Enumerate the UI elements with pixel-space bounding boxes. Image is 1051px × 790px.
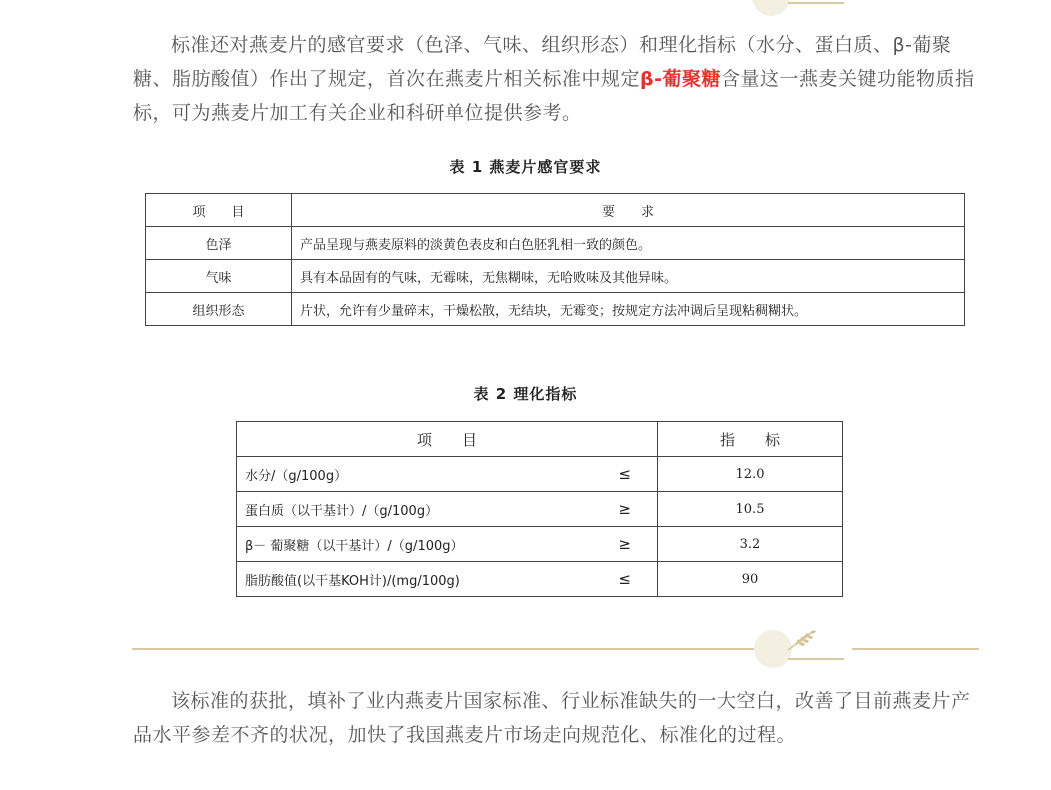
wheat-icon bbox=[786, 628, 820, 654]
top-divider-line bbox=[788, 2, 844, 4]
row-item: β－ 葡聚糖（以干基计）/（g/100g）≥ bbox=[237, 527, 658, 562]
row-item: 蛋白质（以干基计）/（g/100g）≥ bbox=[237, 492, 658, 527]
table2-caption: 表 2 理化指标 bbox=[0, 383, 1051, 404]
item-label: 水分/（g/100g） bbox=[245, 469, 347, 484]
table-row: β－ 葡聚糖（以干基计）/（g/100g）≥ 3.2 bbox=[237, 527, 843, 562]
row-item: 水分/（g/100g）≤ bbox=[237, 457, 658, 492]
relation-symbol: ≥ bbox=[618, 535, 631, 553]
table-row: 组织形态 片状，允许有少量碎末，干燥松散，无结块，无霉变；按规定方法冲调后呈现粘… bbox=[146, 293, 965, 326]
header-item: 项 目 bbox=[146, 194, 292, 227]
header-requirement: 要 求 bbox=[292, 194, 965, 227]
highlight-beta-glucan: β-葡聚糖 bbox=[640, 68, 721, 90]
table-row: 水分/（g/100g）≤ 12.0 bbox=[237, 457, 843, 492]
item-label: 脂肪酸值(以干基KOH计)/(mg/100g) bbox=[245, 574, 460, 589]
table-header-row: 项 目 指 标 bbox=[237, 422, 843, 457]
relation-symbol: ≥ bbox=[618, 500, 631, 518]
row-item: 色泽 bbox=[146, 227, 292, 260]
header-item: 项 目 bbox=[237, 422, 658, 457]
sensory-requirements-table: 项 目 要 求 色泽 产品呈现与燕麦原料的淡黄色表皮和白色胚乳相一致的颜色。 气… bbox=[145, 193, 965, 326]
relation-symbol: ≤ bbox=[618, 465, 631, 483]
table-row: 蛋白质（以干基计）/（g/100g）≥ 10.5 bbox=[237, 492, 843, 527]
header-indicator: 指 标 bbox=[658, 422, 843, 457]
table-row: 脂肪酸值(以干基KOH计)/(mg/100g)≤ 90 bbox=[237, 562, 843, 597]
row-value: 3.2 bbox=[658, 527, 843, 562]
row-requirement: 具有本品固有的气味，无霉味，无焦糊味，无哈败味及其他异味。 bbox=[292, 260, 965, 293]
row-item: 气味 bbox=[146, 260, 292, 293]
section-divider-left bbox=[132, 648, 760, 650]
section-divider-underline bbox=[788, 658, 844, 660]
section-divider-right bbox=[852, 648, 979, 650]
row-value: 90 bbox=[658, 562, 843, 597]
paragraph-approval-impact: 该标准的获批，填补了业内燕麦片国家标准、行业标准缺失的一大空白，改善了目前燕麦片… bbox=[133, 684, 979, 752]
item-label: β－ 葡聚糖（以干基计）/（g/100g） bbox=[245, 539, 464, 554]
item-label: 蛋白质（以干基计）/（g/100g） bbox=[245, 504, 438, 519]
row-requirement: 产品呈现与燕麦原料的淡黄色表皮和白色胚乳相一致的颜色。 bbox=[292, 227, 965, 260]
top-divider-circle bbox=[752, 0, 790, 16]
table-row: 气味 具有本品固有的气味，无霉味，无焦糊味，无哈败味及其他异味。 bbox=[146, 260, 965, 293]
physicochemical-indicators-table: 项 目 指 标 水分/（g/100g）≤ 12.0 蛋白质（以干基计）/（g/1… bbox=[236, 421, 843, 597]
table-row: 色泽 产品呈现与燕麦原料的淡黄色表皮和白色胚乳相一致的颜色。 bbox=[146, 227, 965, 260]
relation-symbol: ≤ bbox=[618, 570, 631, 588]
row-requirement: 片状，允许有少量碎末，干燥松散，无结块，无霉变；按规定方法冲调后呈现粘稠糊状。 bbox=[292, 293, 965, 326]
row-item: 组织形态 bbox=[146, 293, 292, 326]
paragraph-standard-requirements: 标准还对燕麦片的感官要求（色泽、气味、组织形态）和理化指标（水分、蛋白质、β-葡… bbox=[133, 28, 979, 130]
row-value: 12.0 bbox=[658, 457, 843, 492]
table-header-row: 项 目 要 求 bbox=[146, 194, 965, 227]
row-item: 脂肪酸值(以干基KOH计)/(mg/100g)≤ bbox=[237, 562, 658, 597]
row-value: 10.5 bbox=[658, 492, 843, 527]
table1-caption: 表 1 燕麦片感官要求 bbox=[0, 156, 1051, 177]
